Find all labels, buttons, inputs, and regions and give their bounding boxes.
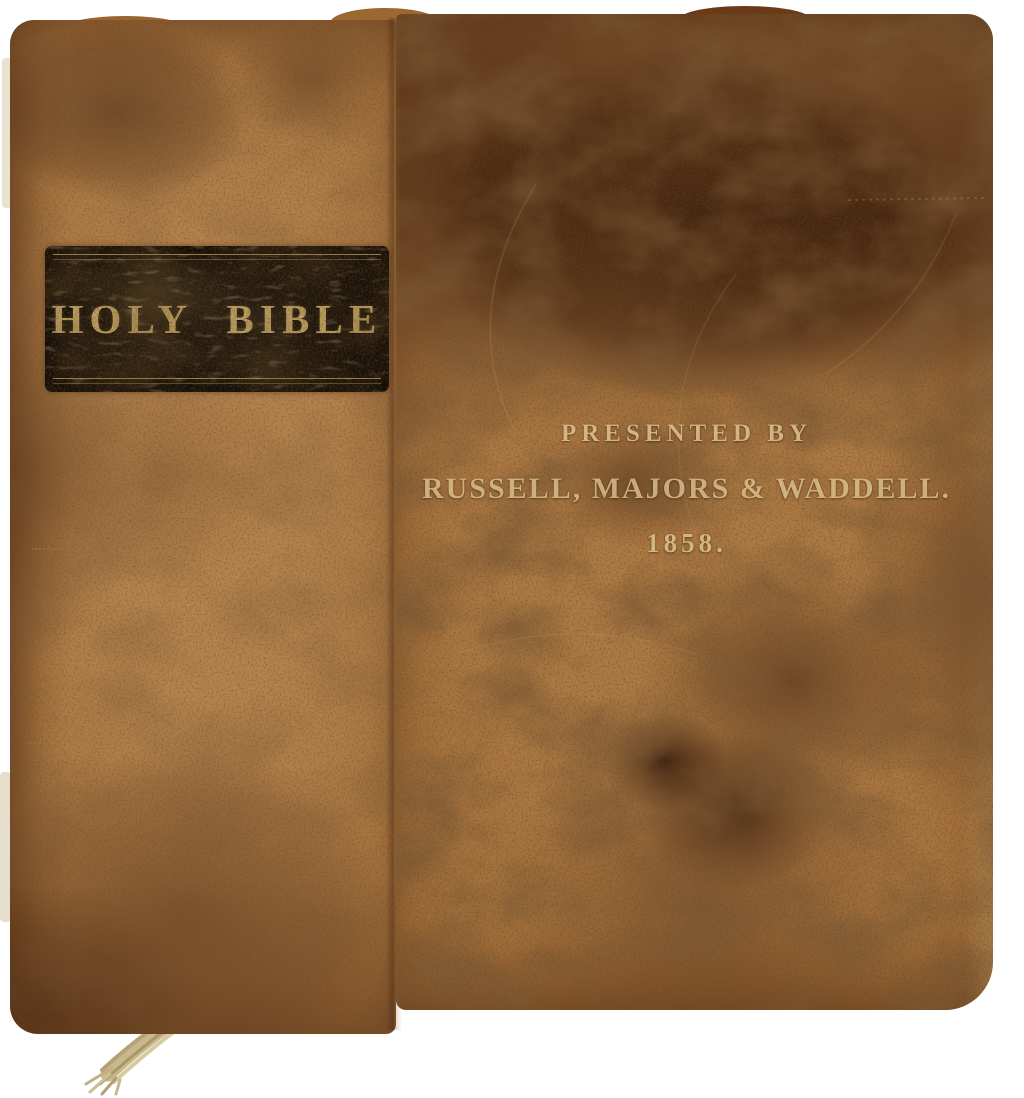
cover-inscription-block: PRESENTED BY RUSSELL, MAJORS & WADDELL. … xyxy=(414,420,959,559)
inscription-firm-name: RUSSELL, MAJORS & WADDELL. xyxy=(414,472,959,506)
spine-gilt-rule xyxy=(32,548,388,550)
spine-grain-texture xyxy=(10,20,396,1034)
cover-grain-texture xyxy=(396,14,993,1010)
book-spine: HOLY BIBLE xyxy=(10,20,396,1034)
inscription-presented-by: PRESENTED BY xyxy=(414,420,959,448)
inscription-year: 1858. xyxy=(414,528,959,559)
spine-mottle-texture xyxy=(10,20,396,1034)
bible-cover-photo: HOLY BIBLE xyxy=(0,0,1024,1098)
spine-gilt-rule xyxy=(28,742,388,744)
cover-mottle-texture xyxy=(396,14,993,1010)
spine-label: HOLY BIBLE xyxy=(45,246,389,392)
spine-speck-texture xyxy=(10,20,396,1034)
spine-label-title: HOLY BIBLE xyxy=(45,246,389,392)
book-front-cover: PRESENTED BY RUSSELL, MAJORS & WADDELL. … xyxy=(396,14,993,1010)
cover-scratch-marks xyxy=(396,14,993,1010)
cover-speck-texture xyxy=(396,14,993,1010)
